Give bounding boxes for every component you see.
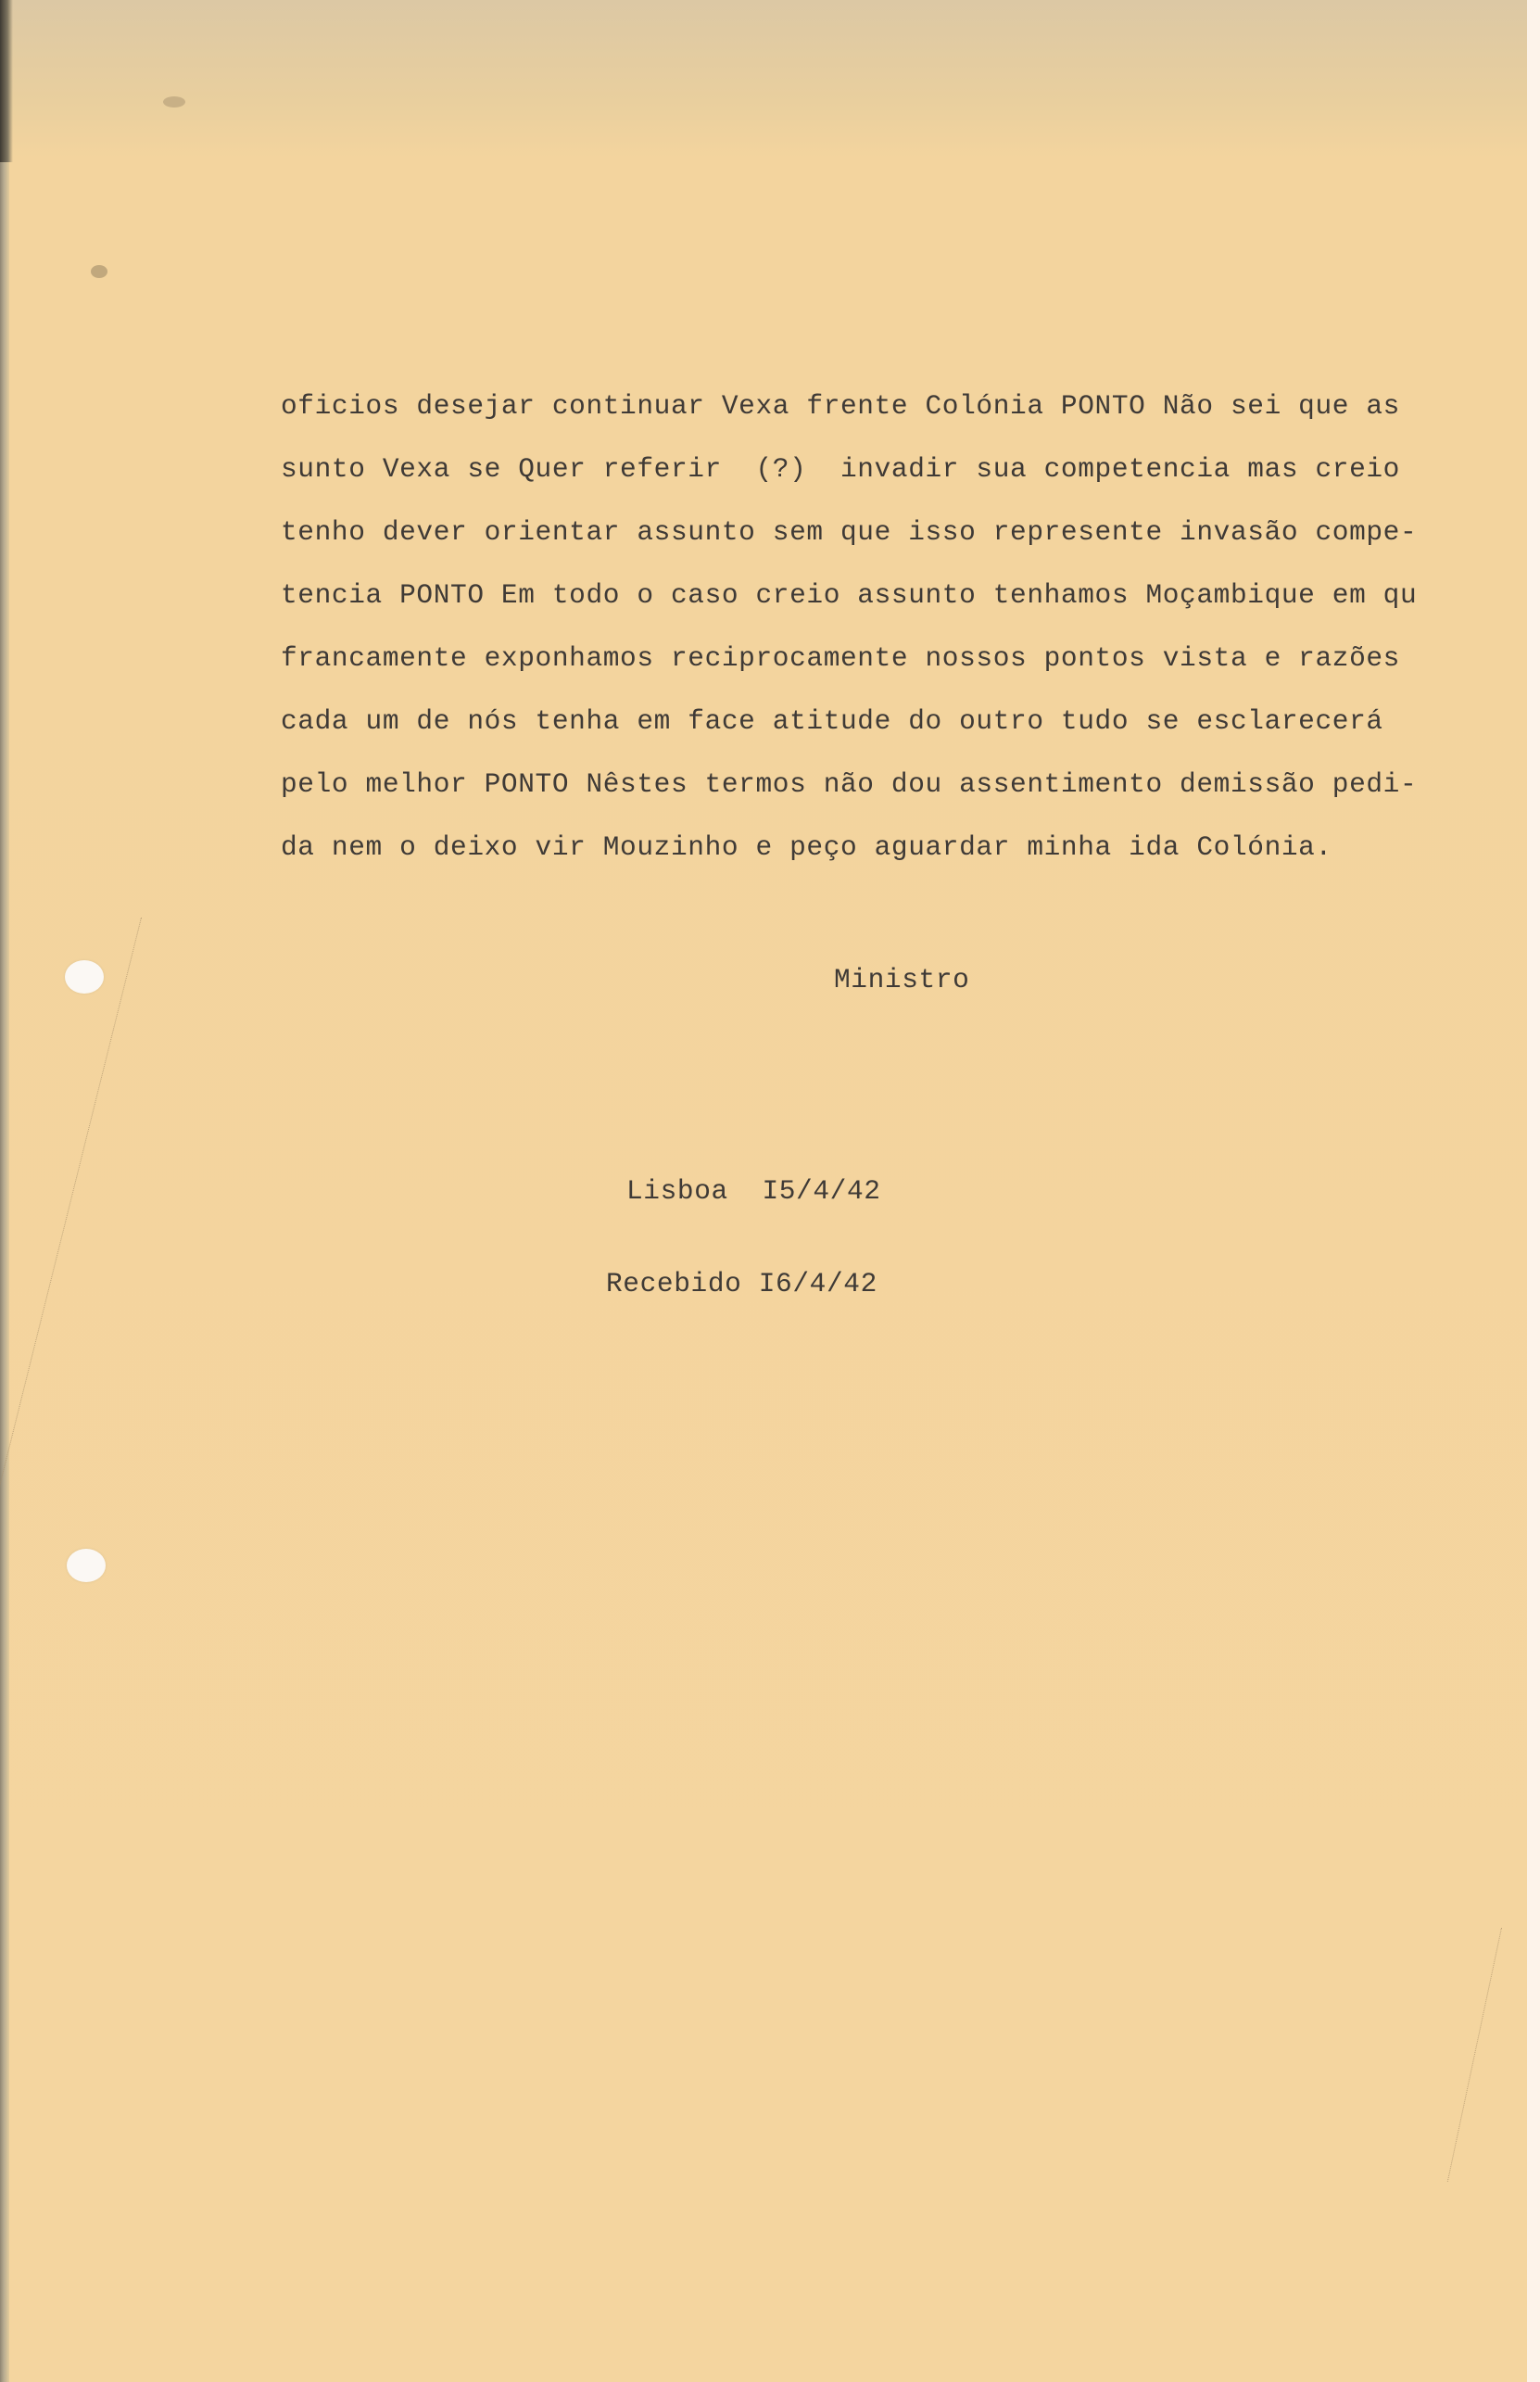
body-line: oficios desejar continuar Vexa frente Co… bbox=[281, 374, 1504, 437]
body-line: tenho dever orientar assunto sem que iss… bbox=[281, 500, 1504, 564]
sent-date: I5/4/42 bbox=[762, 1175, 880, 1207]
received-line: Recebido I6/4/42 bbox=[606, 1268, 877, 1299]
paper-crease bbox=[1447, 1928, 1502, 2182]
body-line: tencia PONTO Em todo o caso creio assunt… bbox=[281, 564, 1504, 627]
punch-hole-top bbox=[65, 960, 104, 994]
received-date: I6/4/42 bbox=[759, 1268, 877, 1299]
signature: Ministro bbox=[834, 964, 969, 995]
telegram-body: oficios desejar continuar Vexa frente Co… bbox=[281, 374, 1504, 879]
place: Lisboa bbox=[626, 1175, 728, 1207]
ink-stain bbox=[91, 265, 107, 278]
body-line: sunto Vexa se Quer referir (?) invadir s… bbox=[281, 437, 1504, 500]
place-date: Lisboa I5/4/42 bbox=[626, 1175, 881, 1207]
received-label: Recebido bbox=[606, 1268, 741, 1299]
body-line: pelo melhor PONTO Nêstes termos não dou … bbox=[281, 753, 1504, 816]
body-line: francamente exponhamos reciprocamente no… bbox=[281, 627, 1504, 690]
ink-stain bbox=[163, 96, 185, 108]
scan-edge-shadow bbox=[0, 0, 13, 162]
body-line: cada um de nós tenha em face atitude do … bbox=[281, 690, 1504, 753]
body-line: da nem o deixo vir Mouzinho e peço aguar… bbox=[281, 816, 1504, 879]
document-page: oficios desejar continuar Vexa frente Co… bbox=[0, 0, 1527, 2382]
punch-hole-bottom bbox=[67, 1549, 106, 1582]
paper-crease bbox=[0, 918, 142, 1493]
